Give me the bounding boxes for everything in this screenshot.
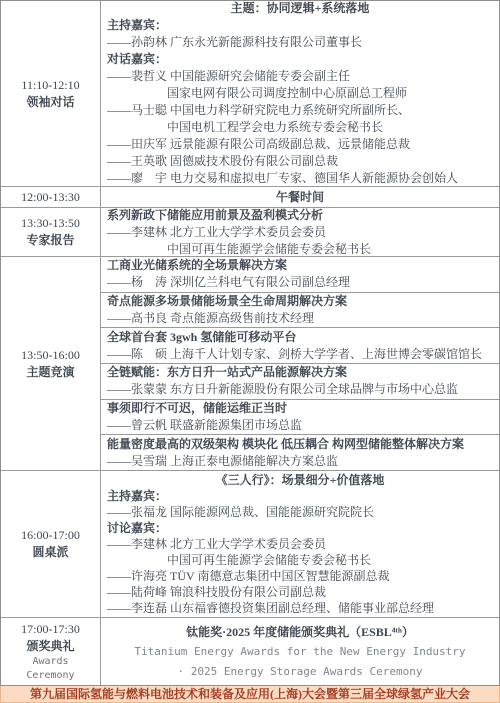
agenda-line: ——李连磊 山东福睿德投资集团副总经理、储能事业部总经理 <box>107 600 493 616</box>
agenda-row: 13:50-16:00主题竞演工商业光储系统的全场景解决方案——杨 涛 深圳亿兰… <box>1 256 499 470</box>
time-label: 13:30-13:50 <box>21 215 80 232</box>
agenda-line: ——田庆军 远景能源有限公司高级副总裁、远景储能总裁 <box>107 136 493 153</box>
agenda-line: 讨论嘉宾： <box>107 520 493 536</box>
agenda-row: 17:00-17:30颁奖典礼AwardsCeremony钛能奖·2025 年度… <box>1 617 499 685</box>
time-cell: 12:00-13:30 <box>1 187 101 207</box>
time-cell: 11:10-12:10领袖对话 <box>1 1 101 186</box>
agenda-line: 主持嘉宾： <box>107 17 493 34</box>
agenda-line: ——李建林 北方工业大学学术委员会委员 <box>107 536 493 552</box>
agenda-block: 能量密度最高的双级架构 模块化 低压耦合 构网型储能整体解决方案——吴雪瑞 上海… <box>101 434 499 470</box>
agenda-line: 奇点能源多场景储能场景全生命周期解决方案 <box>107 293 493 310</box>
session-label: 主题竞演 <box>26 364 74 381</box>
content-cell: 钛能奖·2025 年度储能颁奖典礼（ESBL⁴ᵗʰ）Titanium Energ… <box>101 618 499 685</box>
agenda-line: ——廖 宇 电力交易和虚拟电厂专家、德国华人新能源协会创始人 <box>107 170 493 186</box>
agenda-line: 主持嘉宾： <box>107 488 493 504</box>
agenda-line: 中国电机工程学会电力系统专委会秘书长 <box>107 119 493 136</box>
session-label-en: Ceremony <box>26 669 74 683</box>
agenda-row: 12:00-13:30午餐时间 <box>1 186 499 207</box>
agenda-line: ——裴哲义 中国能源研究会储能专委会副主任 <box>107 68 493 85</box>
content-cell: 工商业光储系统的全场景解决方案——杨 涛 深圳亿兰科电气有限公司副总经理奇点能源… <box>101 257 499 470</box>
agenda-row: 16:00-17:00圆桌派《三人行》：场景细分+价值落地主持嘉宾：——张福龙 … <box>1 470 499 617</box>
agenda-block: 全球首台套 3gwh 氢储能可移动平台——陈 硕 上海千人计划专家、剑桥大学学者… <box>101 327 499 363</box>
agenda-line: ——陈 硕 上海千人计划专家、剑桥大学学者、上海世博会零碳馆馆长 <box>107 346 493 363</box>
agenda-line: ——许海亮 TÜV 南德意志集团中国区智慧能源副总裁 <box>107 568 493 584</box>
agenda-line: 中国可再生能源学会储能专委会秘书长 <box>107 552 493 568</box>
agenda-line: Titanium Energy Awards for the New Energ… <box>107 642 493 662</box>
agenda-block: 系列新政下储能应用前景及盈利模式分析——李建林 北方工业大学学术委员会委员中国可… <box>101 208 499 256</box>
time-cell: 17:00-17:30颁奖典礼AwardsCeremony <box>1 618 101 685</box>
agenda-line: 午餐时间 <box>107 189 493 206</box>
time-label: 16:00-17:00 <box>21 527 80 544</box>
agenda-line: 全球首台套 3gwh 氢储能可移动平台 <box>107 329 493 346</box>
agenda-line: ——马士聪 中国电力科学研究院电力系统研究所副所长、 <box>107 102 493 119</box>
agenda-line: ——李建林 北方工业大学学术委员会委员 <box>107 224 493 241</box>
content-cell: 主题：协同逻辑+系统落地主持嘉宾：——孙韵林 广东永光新能源科技有限公司董事长对… <box>101 1 499 186</box>
agenda-line: 系列新政下储能应用前景及盈利模式分析 <box>107 208 493 224</box>
session-label: 专家报告 <box>26 232 74 249</box>
agenda-line: ——张福龙 国际能源网总裁、国能能源研究院院长 <box>107 504 493 520</box>
agenda-line: 中国可再生能源学会储能专委会秘书长 <box>107 241 493 257</box>
content-cell: 系列新政下储能应用前景及盈利模式分析——李建林 北方工业大学学术委员会委员中国可… <box>101 208 499 256</box>
time-cell: 16:00-17:00圆桌派 <box>1 471 101 617</box>
session-label: 圆桌派 <box>32 544 68 561</box>
content-cell: 《三人行》：场景细分+价值落地主持嘉宾：——张福龙 国际能源网总裁、国能能源研究… <box>101 471 499 617</box>
agenda-line: ——曾云帆 联盛新能源集团市场总监 <box>107 417 493 434</box>
agenda-block: 钛能奖·2025 年度储能颁奖典礼（ESBL⁴ᵗʰ）Titanium Energ… <box>101 618 499 685</box>
agenda-block: 奇点能源多场景储能场景全生命周期解决方案——高书良 奇点能源高级售前技术经理 <box>101 292 499 328</box>
time-cell: 13:30-13:50专家报告 <box>1 208 101 256</box>
agenda-row: 13:30-13:50专家报告系列新政下储能应用前景及盈利模式分析——李建林 北… <box>1 207 499 256</box>
footer-banner: 第九届国际氢能与燃料电池技术和装备及应用(上海)大会暨第三届全球绿氢产业大会 <box>0 686 500 703</box>
agenda-line: ——高书良 奇点能源高级售前技术经理 <box>107 310 493 327</box>
agenda-line: · 2025 Energy Storage Awards Ceremony <box>107 662 493 682</box>
content-cell: 午餐时间 <box>101 187 499 207</box>
agenda-line: ——王英歌 固德威技术股份有限公司副总裁 <box>107 153 493 170</box>
agenda-block: 工商业光储系统的全场景解决方案——杨 涛 深圳亿兰科电气有限公司副总经理 <box>101 257 499 292</box>
footer-title: 第九届国际氢能与燃料电池技术和装备及应用(上海)大会暨第三届全球绿氢产业大会 <box>30 687 470 702</box>
agenda-line: 工商业光储系统的全场景解决方案 <box>107 257 493 274</box>
agenda-line: 主题：协同逻辑+系统落地 <box>107 1 493 17</box>
agenda-block: 全链赋能：东方日升一站式产品能源解决方案——张蒙蒙 东方日升新能源股份有限公司全… <box>101 363 499 399</box>
agenda-row: 11:10-12:10领袖对话主题：协同逻辑+系统落地主持嘉宾：——孙韵林 广东… <box>1 1 499 186</box>
agenda-table: 11:10-12:10领袖对话主题：协同逻辑+系统落地主持嘉宾：——孙韵林 广东… <box>0 0 500 686</box>
agenda-line: ——杨 涛 深圳亿兰科电气有限公司副总经理 <box>107 274 493 291</box>
agenda-line: 能量密度最高的双级架构 模块化 低压耦合 构网型储能整体解决方案 <box>107 436 493 453</box>
agenda-line: 钛能奖·2025 年度储能颁奖典礼（ESBL⁴ᵗʰ） <box>107 622 493 642</box>
session-label-en: Awards <box>32 655 68 669</box>
agenda-page: 11:10-12:10领袖对话主题：协同逻辑+系统落地主持嘉宾：——孙韵林 广东… <box>0 0 500 703</box>
time-label: 17:00-17:30 <box>21 621 80 638</box>
agenda-block: 事须即行不可迟，储能运维正当时——曾云帆 联盛新能源集团市场总监 <box>101 399 499 435</box>
agenda-line: 全链赋能：东方日升一站式产品能源解决方案 <box>107 364 493 381</box>
agenda-line: 《三人行》：场景细分+价值落地 <box>107 472 493 488</box>
session-label: 颁奖典礼 <box>26 638 74 655</box>
agenda-line: 国家电网有限公司调度控制中心原副总工程师 <box>107 85 493 102</box>
time-label: 11:10-12:10 <box>21 77 79 94</box>
agenda-block: 主题：协同逻辑+系统落地主持嘉宾：——孙韵林 广东永光新能源科技有限公司董事长对… <box>101 1 499 186</box>
agenda-block: 午餐时间 <box>101 187 499 207</box>
agenda-line: ——吴雪瑞 上海正泰电源储能解决方案总监 <box>107 453 493 470</box>
agenda-line: 对话嘉宾： <box>107 51 493 68</box>
time-label: 13:50-16:00 <box>21 347 80 364</box>
time-cell: 13:50-16:00主题竞演 <box>1 257 101 470</box>
agenda-line: 事须即行不可迟，储能运维正当时 <box>107 400 493 417</box>
agenda-line: ——孙韵林 广东永光新能源科技有限公司董事长 <box>107 34 493 51</box>
agenda-block: 《三人行》：场景细分+价值落地主持嘉宾：——张福龙 国际能源网总裁、国能能源研究… <box>101 471 499 617</box>
agenda-line: ——张蒙蒙 东方日升新能源股份有限公司全球品牌与市场中心总监 <box>107 381 493 398</box>
time-label: 12:00-13:30 <box>21 189 80 206</box>
session-label: 领袖对话 <box>26 94 74 111</box>
agenda-line: ——陆荷峰 锦浪科技股份有限公司副总裁 <box>107 584 493 600</box>
